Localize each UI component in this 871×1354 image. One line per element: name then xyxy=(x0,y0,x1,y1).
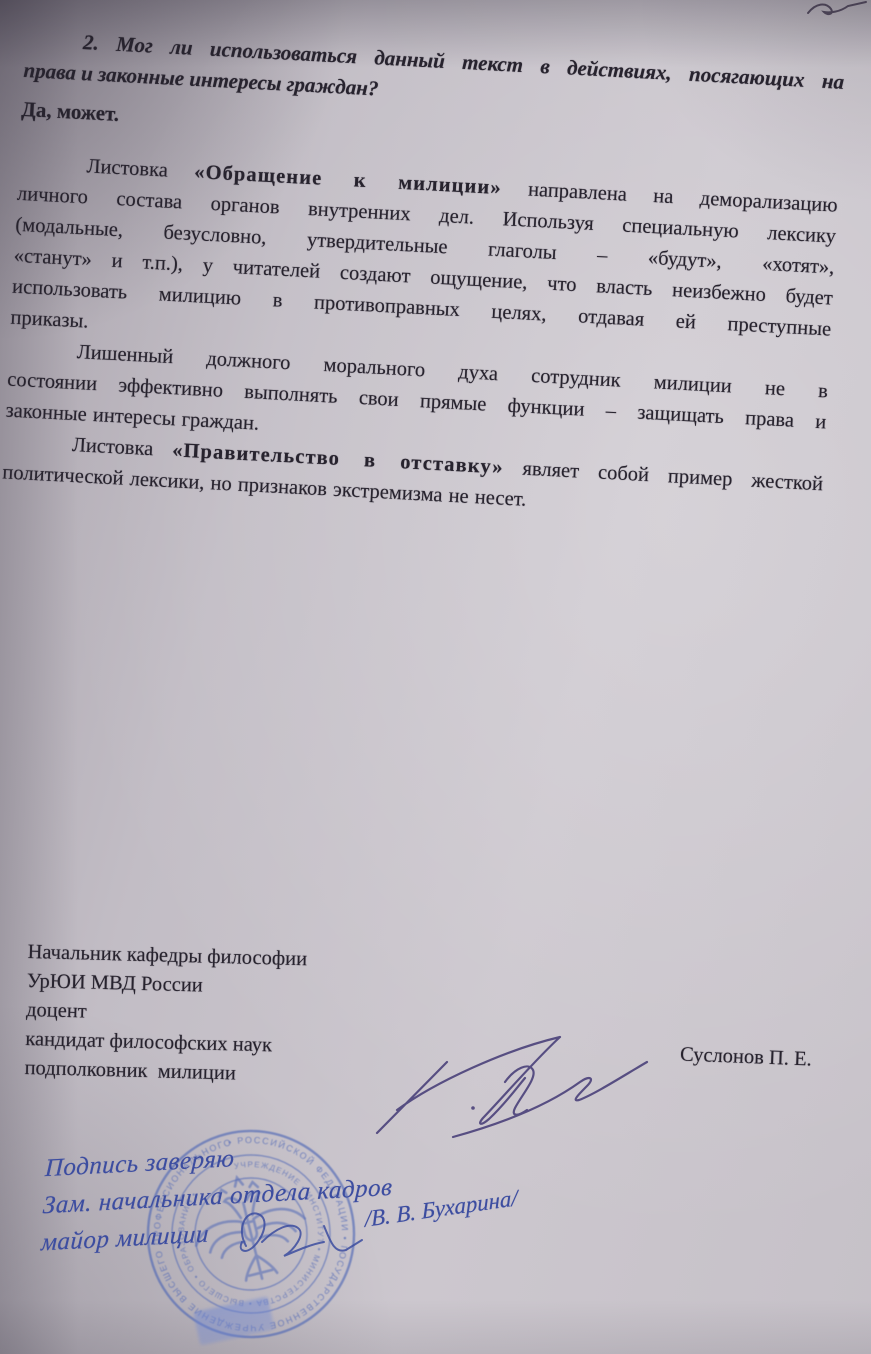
pen-mark-icon xyxy=(804,0,870,18)
document-body: 2. Мог ли использоваться данный текст в … xyxy=(2,24,845,531)
expert-signature xyxy=(355,1020,675,1150)
text-run: Листовка xyxy=(71,434,172,461)
text-run: Листовка xyxy=(86,155,195,183)
expert-name: Суслонов П. Е. xyxy=(680,1043,813,1071)
certifier-signature xyxy=(228,1198,368,1268)
scanned-document-page: 2. Мог ли использоваться данный текст в … xyxy=(0,0,871,1354)
